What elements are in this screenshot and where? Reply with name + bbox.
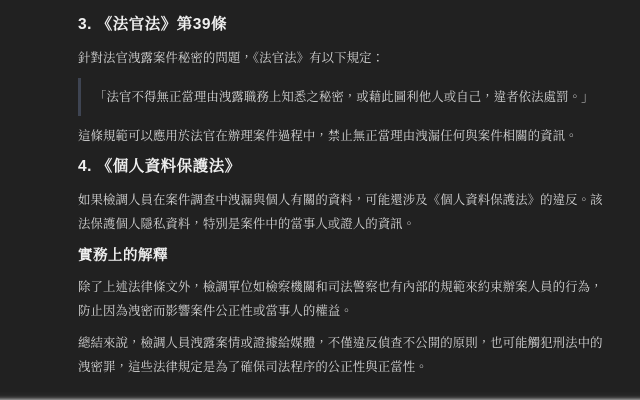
paragraph-practice: 除了上述法律條文外，檢調單位如檢察機關和司法警察也有內部的規範來約束辦案人員的行… xyxy=(78,275,615,323)
section-heading-judges-act: 3. 《法官法》第39條 xyxy=(78,14,615,36)
paragraph-judges-act-application: 這條規範可以應用於法官在辦理案件過程中，禁止無正當理由洩漏任何與案件相關的資訊。 xyxy=(78,124,615,148)
section-heading-pdpa: 4. 《個人資料保護法》 xyxy=(78,156,615,178)
paragraph-judges-act-intro: 針對法官洩露案件秘密的問題，《法官法》有以下規定： xyxy=(78,46,615,70)
paragraph-conclusion: 總結來說，檢調人員洩露案情或證據給媒體，不僅違反偵查不公開的原則，也可能觸犯刑法… xyxy=(78,331,615,379)
composer-top-edge xyxy=(0,392,640,400)
chat-dark-background: { "theme": { "background": "#212121", "h… xyxy=(0,0,640,400)
legal-quote-block: 「法官不得無正當理由洩露職務上知悉之秘密，或藉此圖利他人或自己，違者依法處罰。」 xyxy=(78,78,615,116)
assistant-message: 3. 《法官法》第39條 針對法官洩露案件秘密的問題，《法官法》有以下規定： 「… xyxy=(0,0,640,379)
paragraph-pdpa: 如果檢調人員在案件調查中洩漏與個人有關的資料，可能還涉及《個人資料保護法》的違反… xyxy=(78,188,615,236)
legal-quote-text: 「法官不得無正當理由洩露職務上知悉之秘密，或藉此圖利他人或自己，違者依法處罰。」 xyxy=(94,85,615,109)
section-heading-practice: 實務上的解釋 xyxy=(78,246,615,266)
